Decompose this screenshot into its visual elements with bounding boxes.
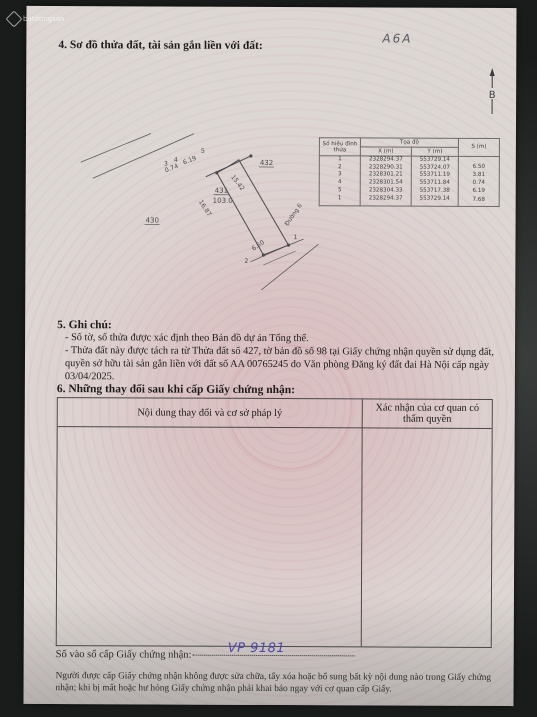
point-cell: 3 xyxy=(319,172,360,180)
changes-content-cell xyxy=(57,427,363,646)
edge-1-2-length: 6.50 xyxy=(251,239,266,253)
edge-2-3-length: 16.87 xyxy=(197,199,213,218)
land-certificate-page: 4. Sơ đồ thửa đất, tài sản gắn liền với … xyxy=(23,6,516,706)
road-label: Đường 6 xyxy=(283,202,304,227)
changes-col2-header: Xác nhận của cơ quan có thẩm quyền xyxy=(363,399,492,429)
point-cell: 1 xyxy=(319,156,360,164)
coordinate-table: Số hiệu đỉnh thửa Tọa độ S (m) X (m) Y (… xyxy=(319,137,500,207)
neighbor-parcel-432: 432 xyxy=(260,159,273,167)
point-cell: 5 xyxy=(319,187,360,195)
y-cell: 553724.07 xyxy=(411,164,458,172)
distance-1-2: 6.50 xyxy=(459,164,499,170)
batdongsan-logo-icon xyxy=(6,11,23,28)
notes-section: 5. Ghi chú: - Số tờ, số thửa được xác đị… xyxy=(57,319,497,385)
x-cell: 2328294.37 xyxy=(360,195,411,206)
registry-label: Số vào sổ cấp Giấy chứng nhận: xyxy=(56,649,192,661)
point-cell: 1 xyxy=(319,195,360,206)
col-header-x: X (m) xyxy=(360,147,411,156)
vertex-2-label: 2 xyxy=(244,258,248,265)
col-header-point: Số hiệu đỉnh thửa xyxy=(319,138,360,156)
vertex-1-label: 1 xyxy=(294,234,298,241)
edge-5-1-length: 15.42 xyxy=(229,174,245,192)
distance-3-4: 0.74 xyxy=(459,180,499,186)
distance-2-3: 3.81 xyxy=(459,172,499,178)
y-cell: 553729.14 xyxy=(411,195,458,206)
col-header-s: S (m) xyxy=(458,138,499,156)
distance-column: 6.50 3.81 0.74 6.19 7.68 xyxy=(458,156,499,206)
x-cell: 2328301.54 xyxy=(360,180,411,188)
point-cell: 2 xyxy=(319,164,360,172)
section-6-title: 6. Những thay đổi sau khi cấp Giấy chứng… xyxy=(57,383,295,396)
footer-warning: Người được cấp Giấy chứng nhận không đượ… xyxy=(56,670,506,696)
changes-table: Nội dung thay đổi và cơ sở pháp lý Xác n… xyxy=(56,397,493,648)
x-cell: 2328294.37 xyxy=(360,156,411,164)
col-header-y: Y (m) xyxy=(411,147,458,156)
x-cell: 2328290.31 xyxy=(360,164,411,172)
edge-4-5-length: 6.19 xyxy=(182,155,197,167)
changes-col1-header: Nội dung thay đổi và cơ sở pháp lý xyxy=(58,398,363,428)
y-cell: 553729.14 xyxy=(411,156,458,164)
col-header-coords: Tọa độ xyxy=(360,138,458,147)
y-cell: 553717.38 xyxy=(411,187,458,195)
parcel-number: 431 xyxy=(215,187,228,195)
y-cell: 553711.19 xyxy=(411,172,458,180)
distance-4-5: 6.19 xyxy=(459,188,499,194)
watermark-text: batdongsan xyxy=(23,15,64,23)
y-cell: 553711.84 xyxy=(411,180,458,188)
note-line-2: - Thửa đất này được tách ra từ Thửa đất … xyxy=(57,345,497,386)
x-cell: 2328301.21 xyxy=(360,172,411,180)
parcel-area: 103.0 xyxy=(213,197,233,205)
registry-line: Số vào sổ cấp Giấy chứng nhận: VP 9181 xyxy=(56,649,355,661)
distance-5-1: 7.68 xyxy=(459,197,499,203)
vertex-5-label: 5 xyxy=(201,148,205,155)
point-cell: 4 xyxy=(319,179,360,187)
registry-number: VP 9181 xyxy=(228,641,286,656)
changes-confirmation-cell xyxy=(362,428,492,647)
watermark: batdongsan xyxy=(8,13,64,25)
neighbor-parcel-430: 430 xyxy=(146,216,159,224)
x-cell: 2328304.33 xyxy=(360,187,411,195)
